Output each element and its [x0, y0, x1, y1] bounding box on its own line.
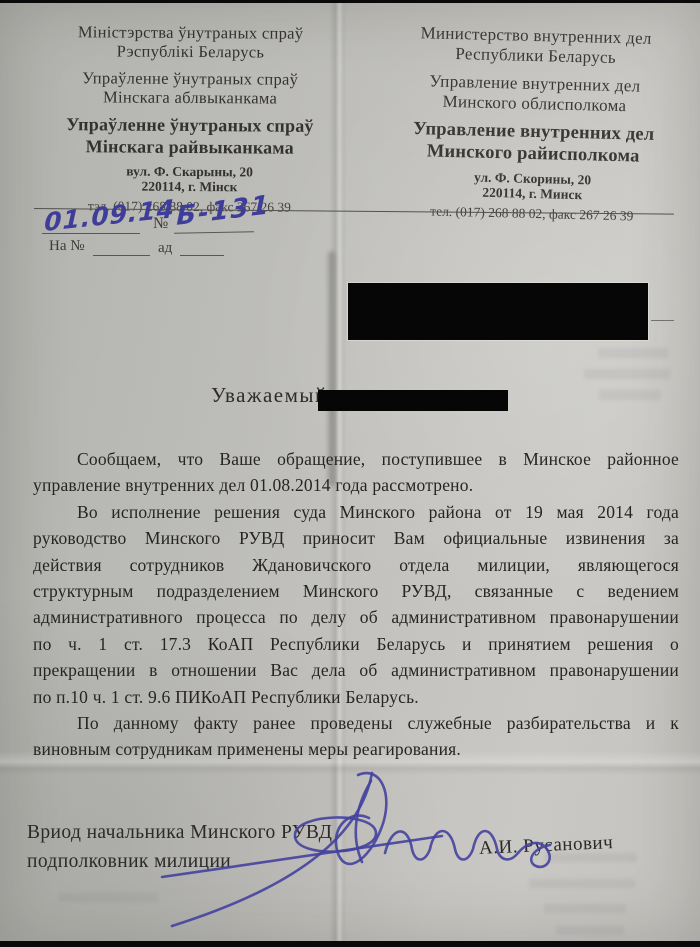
division-line: Упраўленне ўнутраных спраў: [40, 114, 340, 138]
redaction-block-recipient: [348, 283, 648, 340]
photo-edge-top: [0, 0, 700, 3]
body-line: Сообщаем, что Ваше обращение, поступивше…: [33, 446, 679, 472]
body-line: управление внутренних дел 01.08.2014 год…: [33, 472, 679, 498]
ministry-line: Міністэрства ўнутраных спраў: [41, 22, 341, 43]
division-line: Мінскага райвыканкама: [40, 135, 340, 159]
date-underline: [42, 233, 140, 234]
body-line: прекращении в отношении Вас дела об адми…: [33, 657, 679, 683]
body-line: административного процесса по делу об ад…: [33, 604, 679, 630]
bleed-through-mark: [599, 390, 661, 400]
department-line: Упраўленне ўнутраных спраў: [40, 68, 340, 89]
body-line: По данному факту ранее проведены служебн…: [33, 710, 679, 736]
ministry-line: Рэспублікі Беларусь: [40, 41, 340, 62]
department-line: Мінскага аблвыканкама: [40, 87, 340, 108]
reply-to-label: На №: [49, 238, 85, 255]
number-sign-label: №: [153, 215, 168, 233]
body-line: руководство Минского РУВД приносит Вам о…: [33, 525, 679, 551]
body-line: по п.10 ч. 1 ст. 9.6 ПИКоАП Республики Б…: [33, 684, 679, 710]
number-underline: [174, 231, 254, 233]
body-line: действия сотрудников Ждановичского отдел…: [33, 552, 679, 578]
bleed-through-mark: [584, 369, 670, 379]
letterhead-belarusian: Міністэрства ўнутраных спраў Рэспублікі …: [39, 22, 340, 215]
bleed-through-mark: [545, 853, 637, 862]
bleed-through-mark: [529, 879, 635, 888]
from-label: ад: [158, 240, 172, 257]
photo-edge-bottom: [0, 941, 700, 947]
body-line: виновным сотрудникам применены меры реаг…: [33, 736, 679, 762]
underline-peeking-from-redaction: [651, 320, 674, 321]
reply-to-underline: [93, 255, 150, 256]
paper-sheet: Міністэрства ўнутраных спраў Рэспублікі …: [0, 3, 700, 941]
scanned-letter-photo: Міністэрства ўнутраных спраў Рэспублікі …: [0, 0, 700, 947]
body-line: по ч. 1 ст. 17.3 КоАП Республики Беларус…: [33, 631, 679, 657]
salutation-text: Уважаемый: [211, 383, 328, 408]
pen-signature: [140, 765, 600, 940]
bleed-through-mark: [556, 926, 624, 935]
bleed-through-mark: [598, 348, 668, 358]
letterhead-russian: Министерство внутренних дел Республики Б…: [376, 22, 693, 225]
from-underline: [180, 255, 224, 256]
bleed-through-mark: [544, 904, 626, 913]
letter-body: Сообщаем, что Ваше обращение, поступивше…: [33, 446, 679, 763]
bleed-through-mark: [58, 893, 158, 902]
redaction-block-name: [318, 390, 508, 411]
address-line: 220114, г. Мінск: [39, 178, 339, 195]
body-line: структурным подразделением Минского РУВД…: [33, 578, 679, 604]
body-line: Во исполнение решения суда Минского райо…: [33, 499, 679, 525]
